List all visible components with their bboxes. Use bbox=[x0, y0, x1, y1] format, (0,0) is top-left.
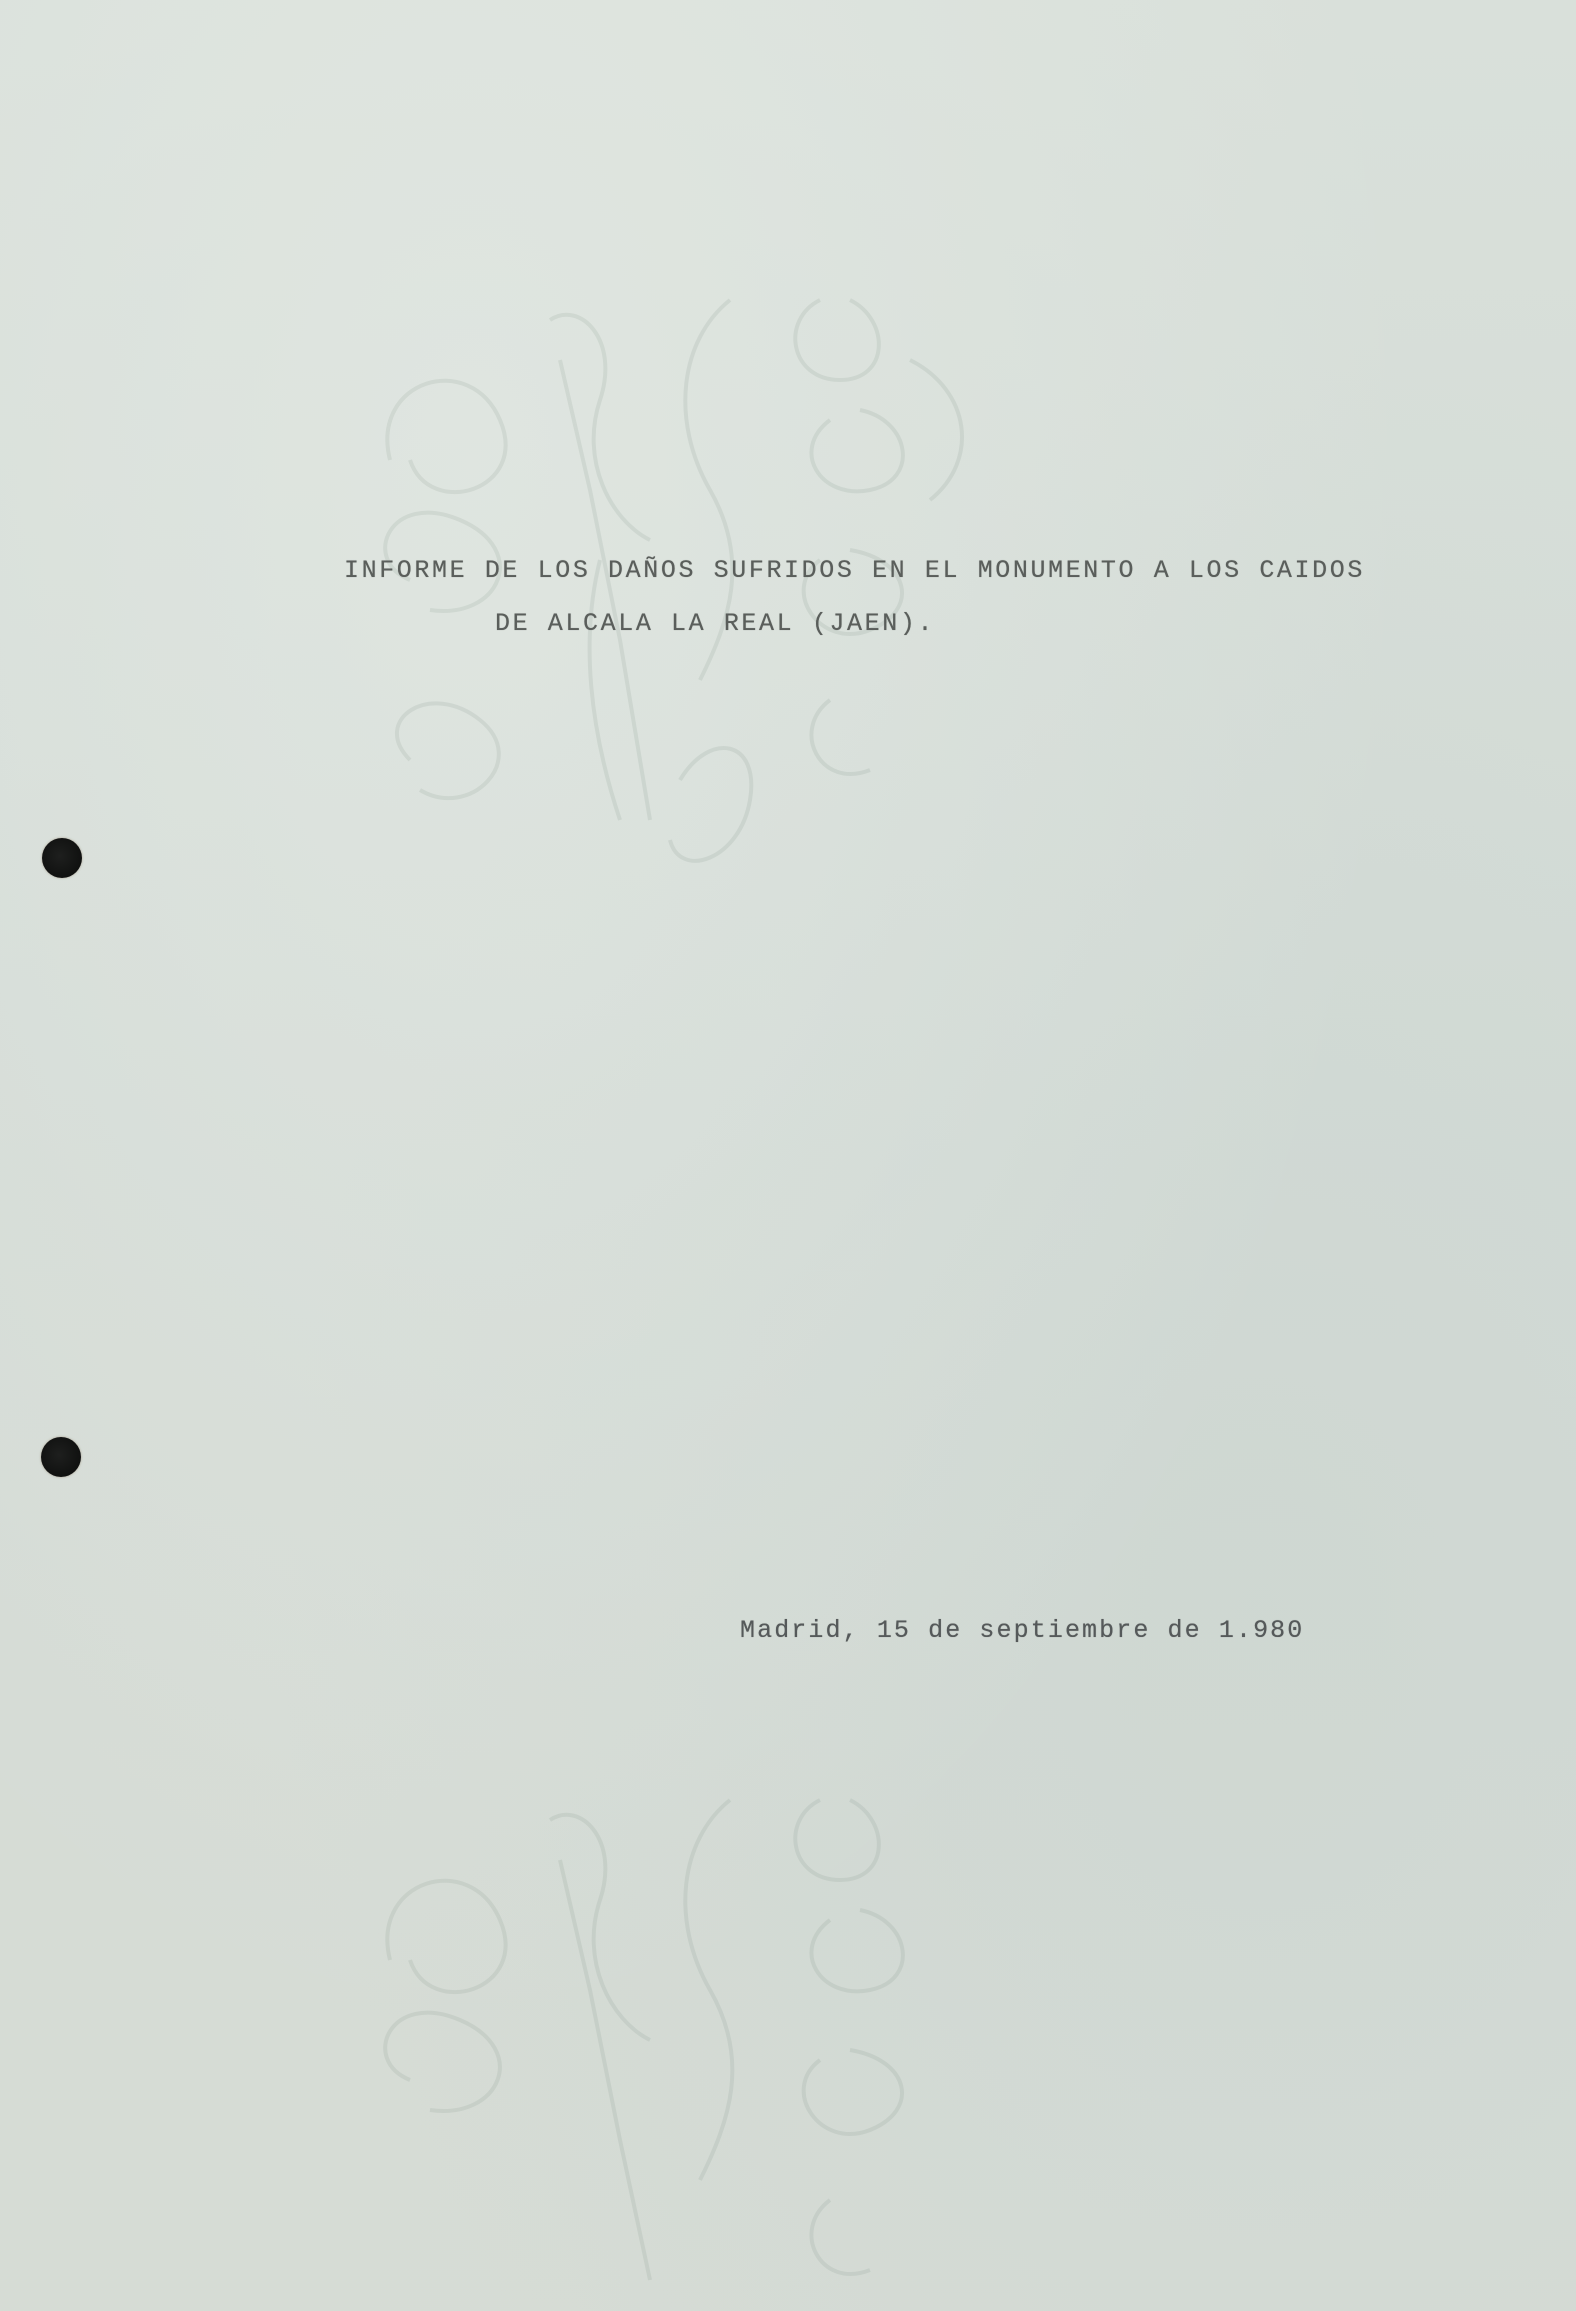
document-title-line-1: INFORME DE LOS DAÑOS SUFRIDOS EN EL MONU… bbox=[344, 556, 1365, 585]
paper-background bbox=[0, 0, 1576, 2311]
punch-hole-bottom bbox=[41, 1437, 81, 1477]
punch-hole-top bbox=[42, 838, 82, 878]
document-title-line-2: DE ALCALA LA REAL (JAEN). bbox=[495, 609, 935, 638]
document-date-line: Madrid, 15 de septiembre de 1.980 bbox=[740, 1616, 1304, 1645]
